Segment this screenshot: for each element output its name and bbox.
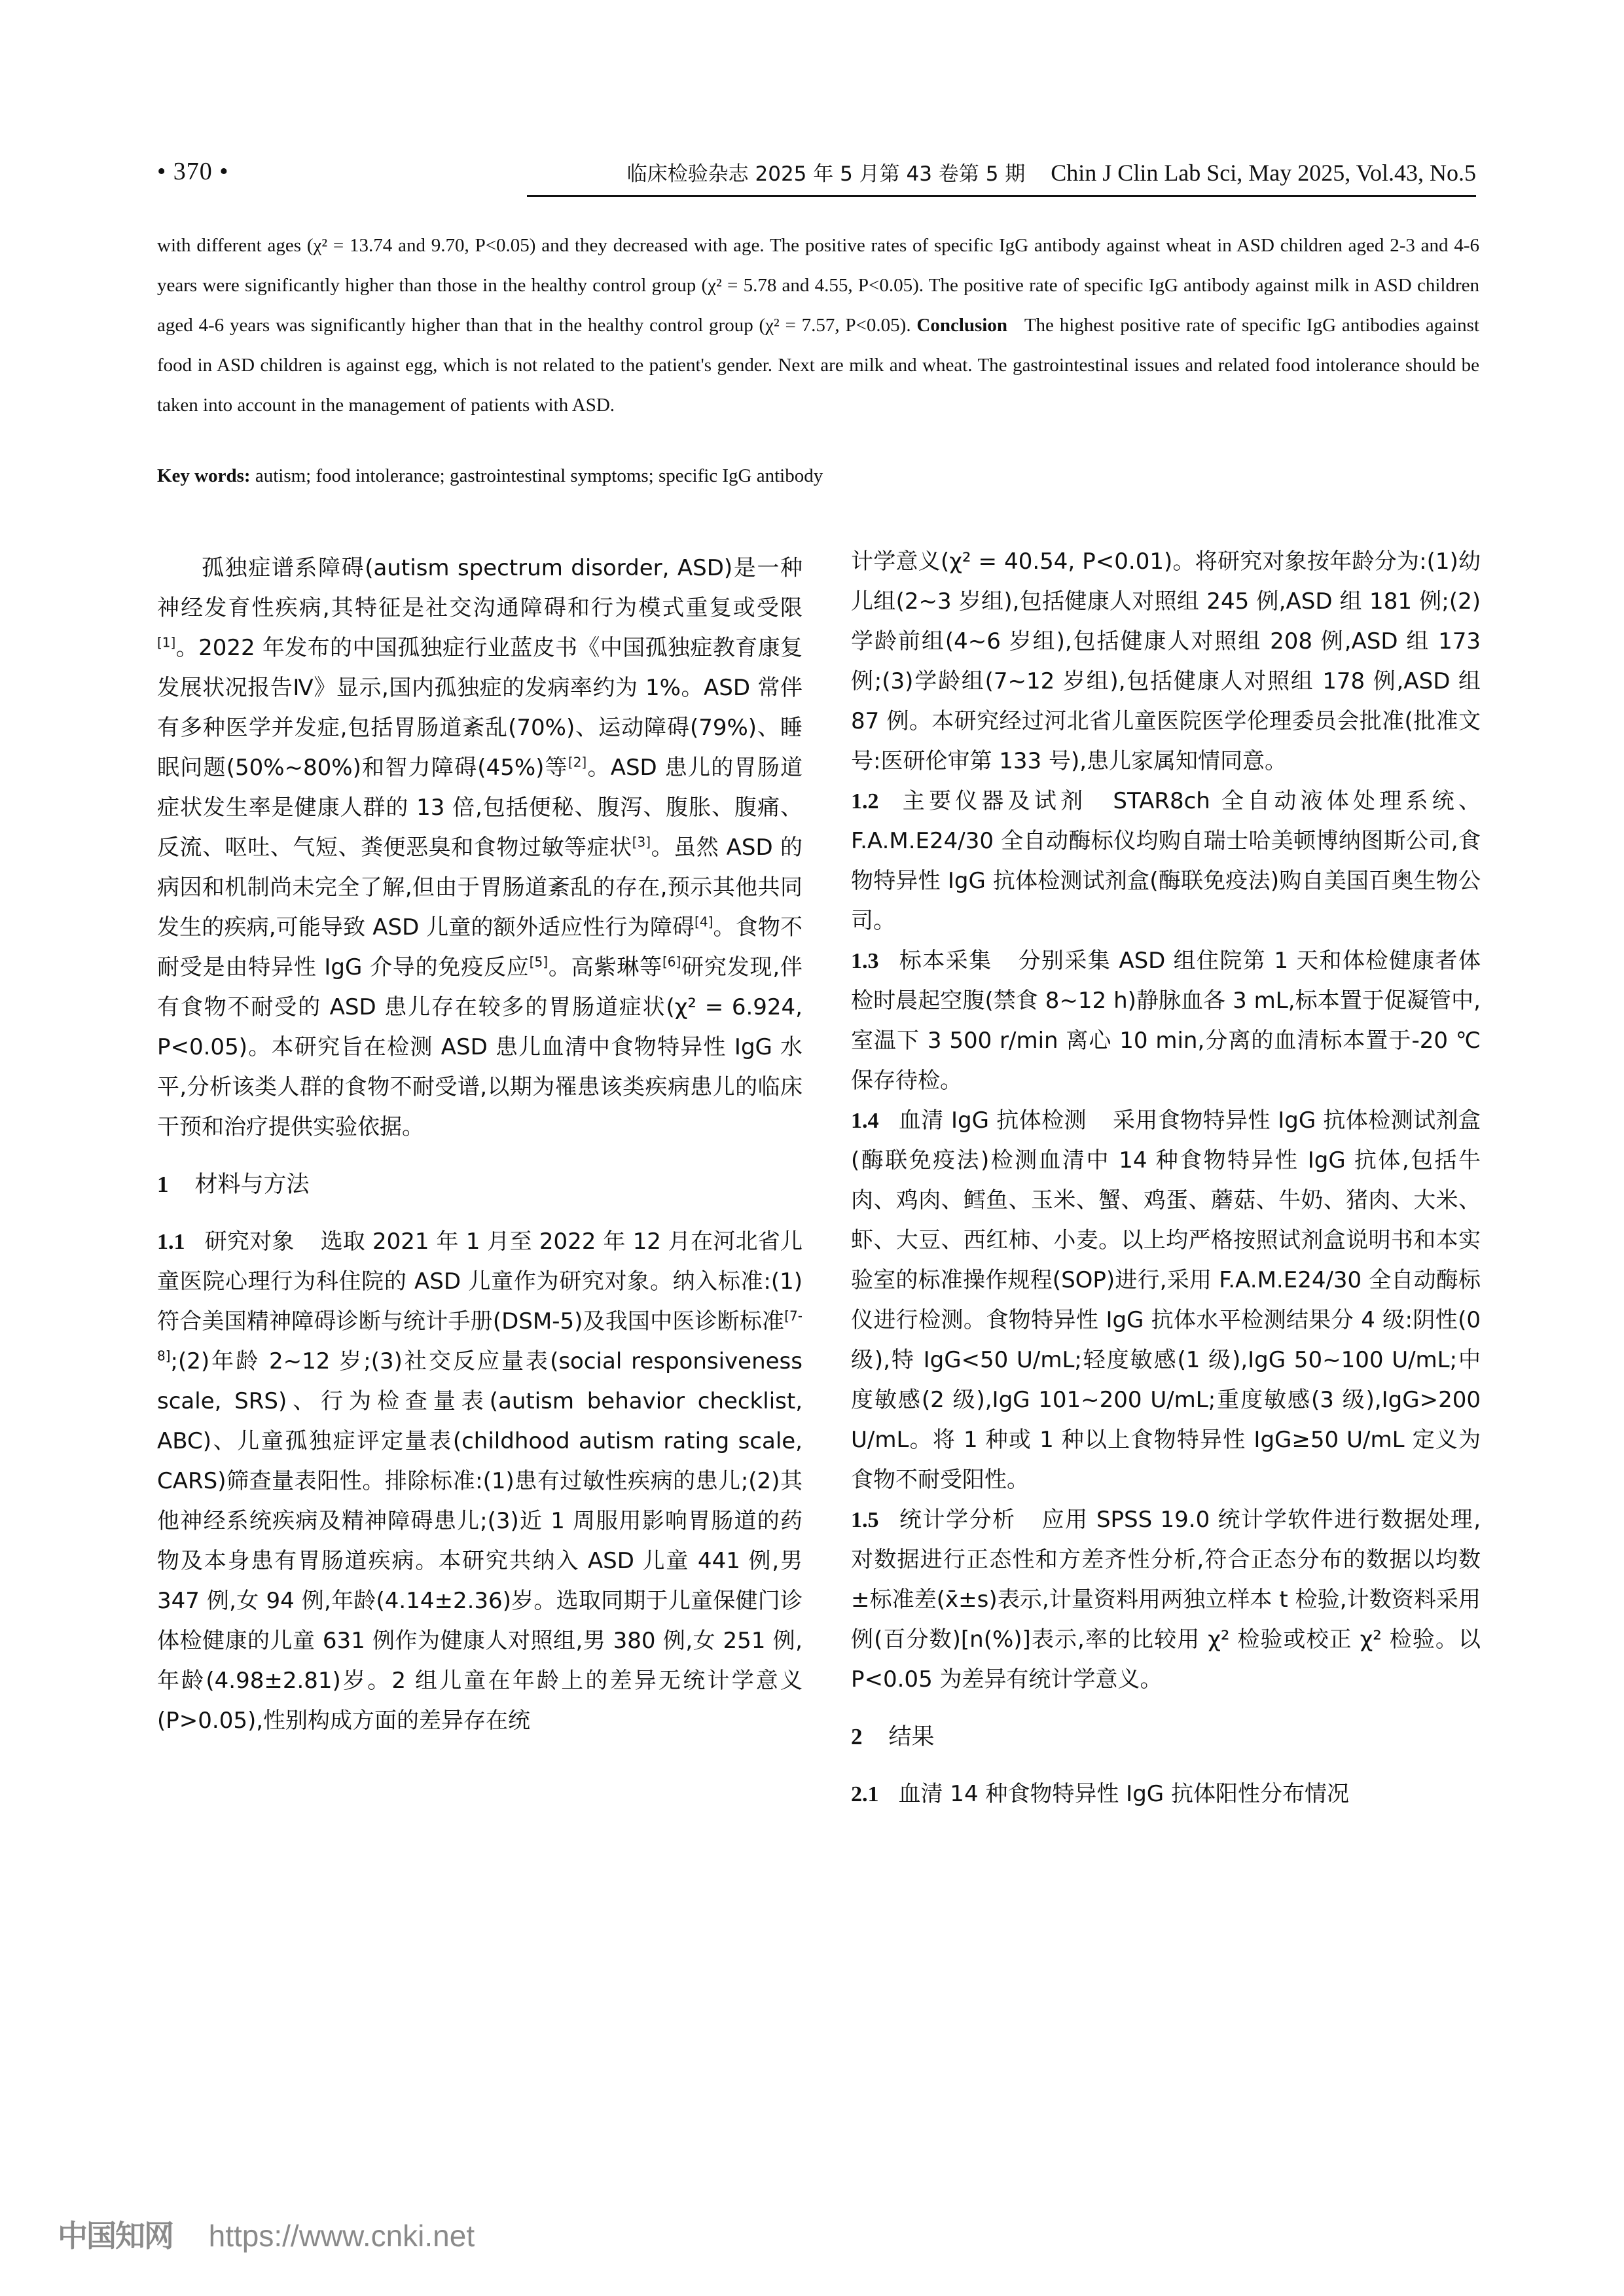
conclusion-label: Conclusion [916, 315, 1007, 336]
section-title: 材料与方法 [195, 1172, 310, 1198]
section-heading-methods: 1材料与方法 [157, 1164, 803, 1205]
keywords-list: autism; food intolerance; gastrointestin… [255, 465, 823, 486]
section-number: 1 [157, 1172, 169, 1197]
citation-link[interactable]: [3] [632, 834, 651, 850]
subsection-number: 1.3 [851, 949, 879, 973]
citation-link[interactable]: [2] [568, 755, 586, 770]
citation-link[interactable]: [6] [662, 954, 681, 970]
subsection-title: 血清 14 种食物特异性 IgG 抗体阳性分布情况 [899, 1781, 1349, 1807]
subsection-text: ;(2)年龄 2~12 岁;(3)社交反应量表(social responsiv… [157, 1348, 803, 1734]
subsection-title: 统计学分析 [899, 1507, 1016, 1533]
citation-link[interactable]: [5] [530, 954, 548, 970]
subsection-text: 采用食物特异性 IgG 抗体检测试剂盒(酶联免疫法)检测血清中 14 种食物特异… [851, 1107, 1481, 1493]
subsection-number: 1.2 [851, 789, 879, 814]
subsection-number: 2.1 [851, 1782, 879, 1806]
left-column: 孤独症谱系障碍(autism spectrum disorder, ASD)是一… [157, 548, 803, 1741]
keywords-label: Key words: [157, 465, 251, 486]
cnki-watermark: 中国知网 https://www.cnki.net [58, 2212, 475, 2255]
subsection-title: 研究对象 [205, 1229, 295, 1255]
english-abstract: with different ages (χ² = 13.74 and 9.70… [157, 226, 1479, 425]
watermark-logo-text: 中国知网 [58, 2218, 173, 2253]
section-number: 2 [851, 1724, 863, 1749]
citation-link[interactable]: [1] [157, 635, 175, 651]
subsection-title: 血清 IgG 抗体检测 [899, 1107, 1087, 1134]
subsection-continued: 计学意义(χ² = 40.54, P<0.01)。将研究对象按年龄分为:(1)幼… [851, 542, 1481, 781]
section-heading-results: 2结果 [851, 1717, 1481, 1757]
subsection-sample-collection: 1.3标本采集分别采集 ASD 组住院第 1 天和体检健康者体检时晨起空腹(禁食… [851, 941, 1481, 1101]
subsection-number: 1.4 [851, 1109, 879, 1133]
subsection-study-subjects: 1.1研究对象选取 2021 年 1 月至 2022 年 12 月在河北省儿童医… [157, 1222, 803, 1741]
running-head: 临床检验杂志 2025 年 5 月第 43 卷第 5 期 Chin J Clin… [627, 157, 1476, 187]
subsection-igg-distribution: 2.1血清 14 种食物特异性 IgG 抗体阳性分布情况 [851, 1774, 1481, 1814]
subsection-igg-detection: 1.4血清 IgG 抗体检测采用食物特异性 IgG 抗体检测试剂盒(酶联免疫法)… [851, 1101, 1481, 1500]
subsection-number: 1.5 [851, 1508, 879, 1532]
intro-text: 研究发现,伴有食物不耐受的 ASD 患儿存在较多的胃肠道症状(χ² = 6.92… [157, 954, 803, 1140]
subsection-title: 标本采集 [899, 948, 992, 974]
watermark-url[interactable]: https://www.cnki.net [209, 2219, 475, 2253]
journal-title-en: Chin J Clin Lab Sci, May 2025, Vol.43, N… [1051, 160, 1476, 186]
page-header: • 370 • 临床检验杂志 2025 年 5 月第 43 卷第 5 期 Chi… [0, 0, 1624, 196]
journal-title-cn: 临床检验杂志 2025 年 5 月第 43 卷第 5 期 [627, 162, 1026, 186]
page-number: • 370 • [157, 157, 229, 186]
section-title: 结果 [889, 1724, 935, 1750]
subsection-title: 主要仪器及试剂 [899, 788, 1087, 814]
subsection-text: 计学意义(χ² = 40.54, P<0.01)。将研究对象按年龄分为:(1)幼… [851, 548, 1481, 774]
right-column: 计学意义(χ² = 40.54, P<0.01)。将研究对象按年龄分为:(1)幼… [851, 542, 1481, 1814]
subsection-text: 应用 SPSS 19.0 统计学软件进行数据处理,对数据进行正态性和方差齐性分析… [851, 1507, 1481, 1693]
intro-text: 。高紫琳等 [548, 954, 662, 980]
keywords: Key words: autism; food intolerance; gas… [157, 461, 1479, 490]
subsection-statistics: 1.5统计学分析应用 SPSS 19.0 统计学软件进行数据处理,对数据进行正态… [851, 1500, 1481, 1700]
citation-link[interactable]: [4] [695, 914, 713, 930]
intro-paragraph: 孤独症谱系障碍(autism spectrum disorder, ASD)是一… [157, 548, 803, 1147]
header-divider [527, 195, 1476, 197]
intro-text: 孤独症谱系障碍(autism spectrum disorder, ASD)是一… [157, 555, 803, 621]
subsection-number: 1.1 [157, 1230, 185, 1254]
subsection-instruments: 1.2主要仪器及试剂STAR8ch 全自动液体处理系统、F.A.M.E24/30… [851, 781, 1481, 941]
